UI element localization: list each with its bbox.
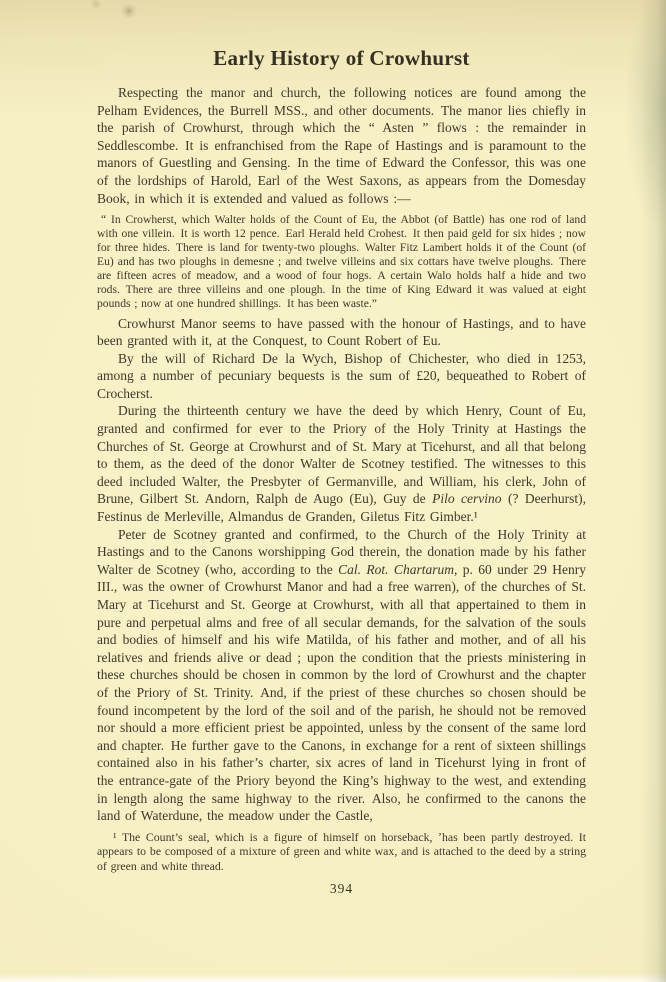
- text-run: “ In Crowherst, which Walter holds of th…: [97, 213, 586, 309]
- quoted-extract: “ In Crowherst, which Walter holds of th…: [97, 213, 586, 310]
- paragraph: Respecting the manor and church, the fol…: [97, 84, 586, 207]
- text-run: By the will of Richard De la Wych, Bisho…: [97, 351, 586, 401]
- footnote: ¹ The Count’s seal, which is a figure of…: [97, 830, 586, 874]
- paragraph: Peter de Scotney granted and confirmed, …: [97, 526, 586, 825]
- page-number: 394: [97, 881, 586, 897]
- text-run: Respecting the manor and church, the fol…: [97, 85, 586, 206]
- scanned-book-page: Early History of Crowhurst Respecting th…: [0, 0, 666, 982]
- italic-text-run: Pilo cervino: [432, 491, 501, 506]
- body-paragraphs: Respecting the manor and church, the fol…: [97, 84, 586, 825]
- page-title: Early History of Crowhurst: [97, 46, 586, 71]
- paragraph: During the thirteenth century we have th…: [97, 402, 586, 525]
- text-run: , p. 60 under 29 Henry III., was the own…: [97, 562, 586, 823]
- page-content: Early History of Crowhurst Respecting th…: [97, 46, 586, 897]
- paragraph: Crowhurst Manor seems to have passed wit…: [97, 315, 586, 350]
- text-run: Crowhurst Manor seems to have passed wit…: [97, 316, 586, 349]
- italic-text-run: Cal. Rot. Chartarum: [338, 562, 454, 577]
- paragraph: By the will of Richard De la Wych, Bisho…: [97, 350, 586, 403]
